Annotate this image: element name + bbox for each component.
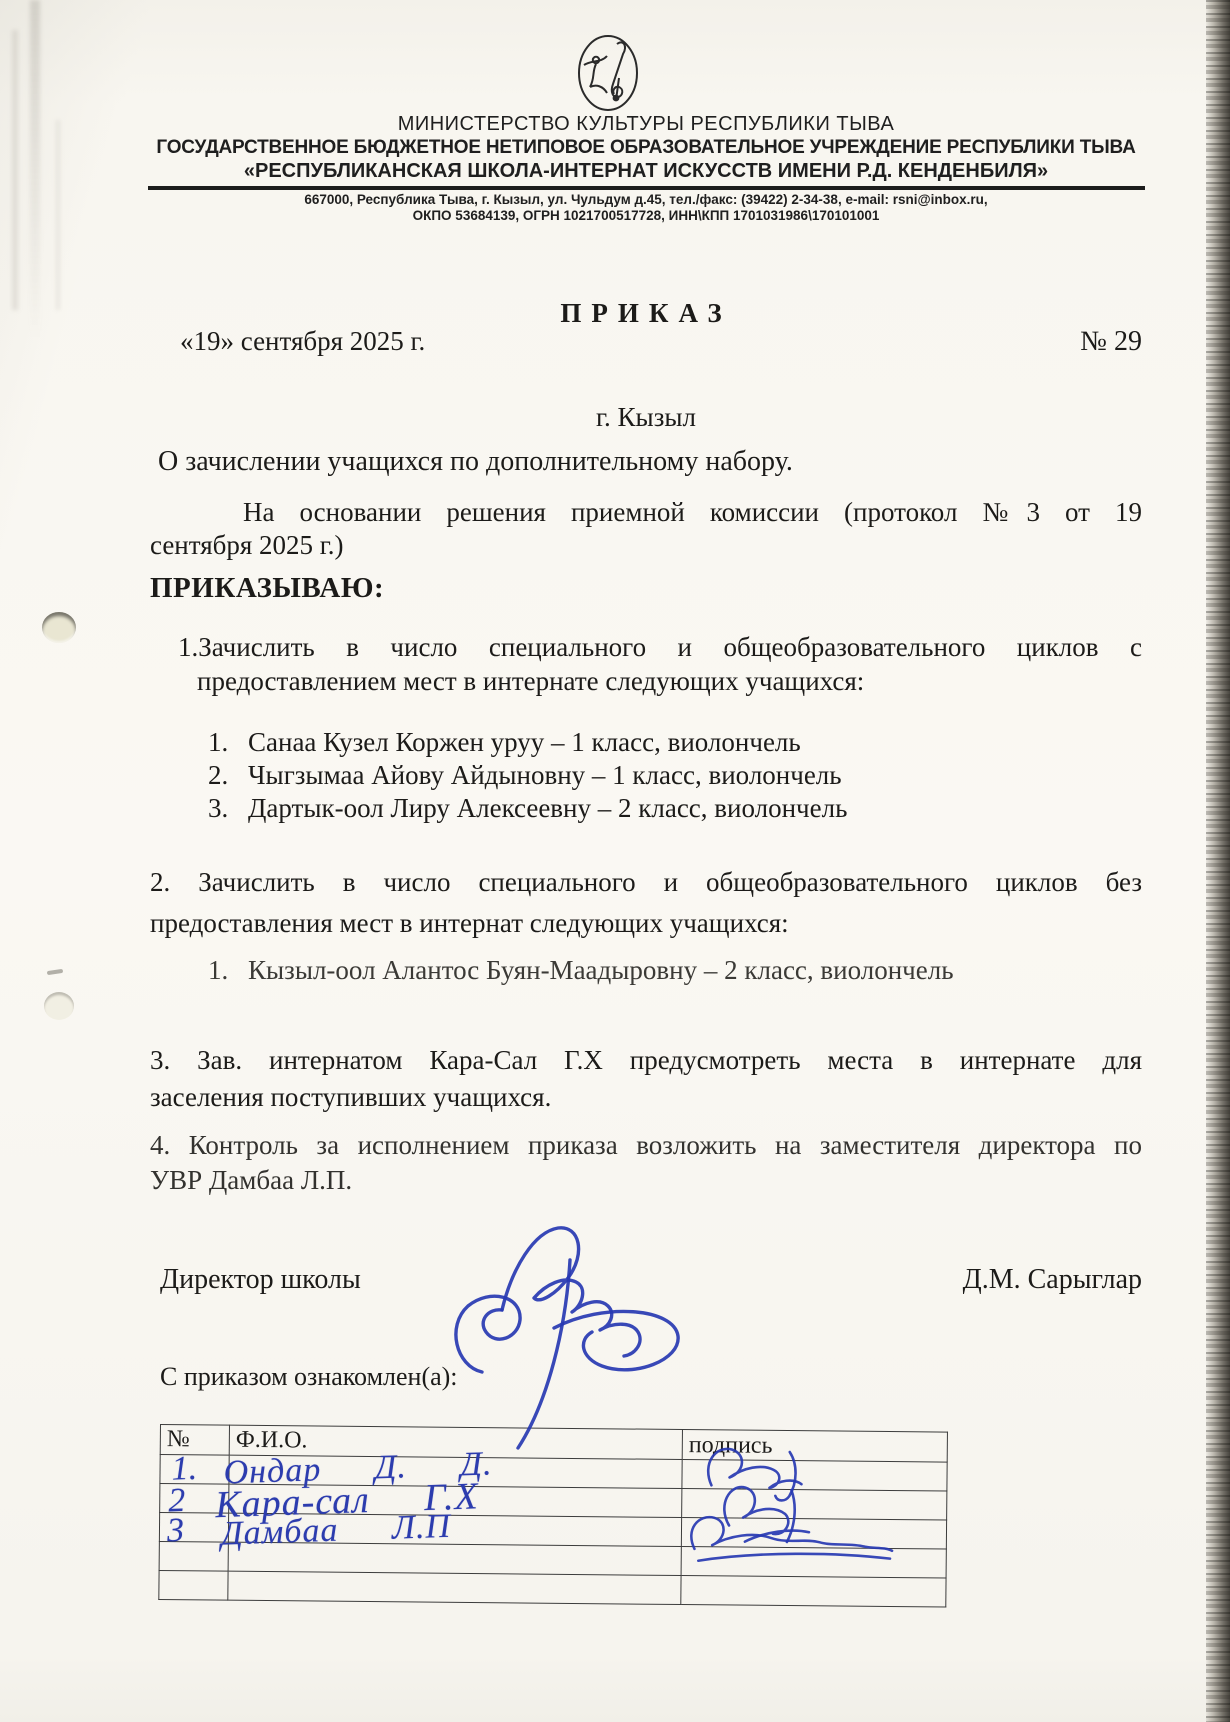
item-2-line-1: 2. Зачислить в число специального и обще… [150,862,1142,903]
director-signature [436,1216,736,1456]
order-number: № 29 [1080,326,1142,358]
address-line: 667000, Республика Тыва, г. Кызыл, ул. Ч… [150,192,1142,207]
list-item-number: 1. [208,726,248,759]
list-item: 1. Кызыл-оол Алантос Буян-Маадыровну – 2… [208,954,954,987]
table-cell [159,1570,228,1600]
table-cell [681,1576,946,1608]
basis-paragraph: На основании решения приемной комиссии (… [150,496,1142,562]
basis-line-2: сентября 2025 г.) [150,529,1142,562]
scan-streak [56,120,60,310]
ministry-line: МИНИСТЕРСТВО КУЛЬТУРЫ РЕСПУБЛИКИ ТЫВА [150,113,1142,136]
acknowledgement-label: С приказом ознакомлен(а): [160,1362,458,1392]
scan-streak [30,0,40,340]
list-item-text: Чыгзымаа Айову Айдыновну – 1 класс, виол… [248,759,842,792]
list-item-number: 2. [208,759,248,792]
table-cell [228,1571,681,1604]
item-1-line-1: 1.Зачислить в число специального и общео… [150,630,1142,664]
scan-smudge [47,969,63,975]
item-3-line-1: 3. Зав. интернатом Кара-Сал Г.Х предусмо… [150,1042,1142,1079]
director-name: Д.М. Сарыглар [963,1264,1142,1296]
scan-streak [12,30,18,310]
enrollment-list-1: 1. Санаа Кузел Коржен уруу – 1 класс, ви… [208,726,847,825]
list-item-number: 1. [208,954,248,987]
item-4-line-1: 4. Контроль за исполнением приказа возло… [150,1128,1142,1163]
letterhead-rule [148,186,1145,190]
item-3: 3. Зав. интернатом Кара-Сал Г.Х предусмо… [150,1042,1142,1116]
list-item-text: Санаа Кузел Коржен уруу – 1 класс, виоло… [248,726,801,759]
item-4: 4. Контроль за исполнением приказа возло… [150,1128,1142,1198]
handwritten-name: Дамбаа Л.П [220,1510,451,1552]
order-city: г. Кызыл [150,402,1142,433]
hole-punch-mark [42,612,76,643]
basis-line-1: На основании решения приемной комиссии (… [150,496,1142,529]
decree-word: ПРИКАЗЫВАЮ: [150,572,1142,605]
order-subject: О зачислении учащихся по дополнительному… [150,446,1150,478]
scan-edge-band [1206,0,1230,1722]
school-emblem-dancer-treble-clef-icon [576,34,640,112]
institution-line: ГОСУДАРСТВЕННОЕ БЮДЖЕТНОЕ НЕТИПОВОЕ ОБРА… [150,137,1142,159]
item-2: 2. Зачислить в число специального и обще… [150,862,1142,944]
item-2-line-2: предоставления мест в интернат следующих… [150,903,1142,944]
item-3-line-2: заселения поступивших учащихся. [150,1079,1142,1116]
director-label: Директор школы [160,1264,361,1296]
list-item: 2. Чыгзымаа Айову Айдыновну – 1 класс, в… [208,759,847,792]
list-item-text: Дартык-оол Лиру Алексеевну – 2 класс, ви… [248,792,847,825]
order-date: «19» сентября 2025 г. [150,326,425,358]
codes-line: ОКПО 53684139, ОГРН 1021700517728, ИНН\К… [150,208,1142,223]
list-item-number: 3. [208,792,248,825]
scanned-order-document: МИНИСТЕРСТВО КУЛЬТУРЫ РЕСПУБЛИКИ ТЫВА ГО… [0,0,1230,1722]
item-1: 1.Зачислить в число специального и общео… [150,630,1142,698]
list-item: 1. Санаа Кузел Коржен уруу – 1 класс, ви… [208,726,847,759]
list-item: 3. Дартык-оол Лиру Алексеевну – 2 класс,… [208,792,847,825]
list-item-text: Кызыл-оол Алантос Буян-Маадыровну – 2 кл… [248,954,954,987]
hole-punch-mark [44,992,74,1020]
enrollment-list-2: 1. Кызыл-оол Алантос Буян-Маадыровну – 2… [208,954,954,987]
item-4-line-2: УВР Дамбаа Л.П. [150,1163,1142,1198]
school-name-line: «РЕСПУБЛИКАНСКАЯ ШКОЛА-ИНТЕРНАТ ИСКУССТВ… [150,160,1142,183]
table-row [159,1570,946,1607]
date-number-row: «19» сентября 2025 г. № 29 [150,326,1142,358]
order-title: ПРИКАЗ [150,298,1142,329]
item-1-line-2: предоставлением мест в интернате следующ… [150,664,1142,698]
handwritten-signature [679,1507,905,1573]
handwritten-row-number: 3 [166,1514,184,1549]
